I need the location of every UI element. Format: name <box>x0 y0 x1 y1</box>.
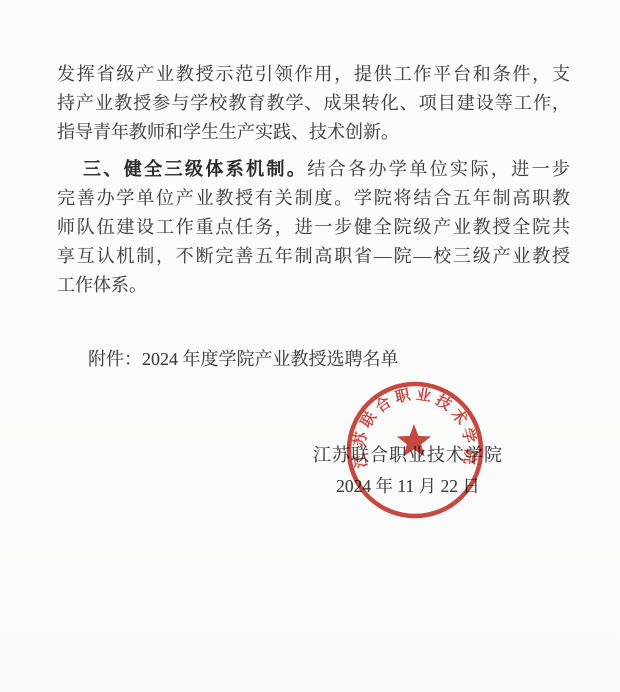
attachment-line: 附件：2024 年度学院产业教授选聘名单 <box>57 345 570 374</box>
svg-text:职: 职 <box>393 386 412 406</box>
body-line: 师队伍建设工作重点任务，进一步健全院级产业教授全院共 <box>57 213 570 242</box>
paragraph-section-three: 三、健全三级体系机制。结合各办学单位实际，进一步 完善办学单位产业教授有关制度。… <box>57 155 570 300</box>
scanned-document-page: 发挥省级产业教授示范引领作用，提供工作平台和条件，支 持产业教授参与学校教育教学… <box>0 0 620 692</box>
body-line: 享互认机制，不断完善五年制高职省—院—校三级产业教授 <box>57 242 570 271</box>
body-line: 持产业教授参与学校教育教学、成果转化、项目建设等工作， <box>57 89 570 118</box>
document-body: 发挥省级产业教授示范引领作用，提供工作平台和条件，支 持产业教授参与学校教育教学… <box>57 60 570 300</box>
body-line: 工作体系。 <box>57 271 570 300</box>
svg-text:业: 业 <box>415 386 432 405</box>
section-heading: 三、健全三级体系机制。 <box>83 159 307 179</box>
document-date: 2024 年 11 月 22 日 <box>296 472 520 500</box>
body-line: 完善办学单位产业教授有关制度。学院将结合五年制高职教 <box>57 184 570 213</box>
issuer-signature: 江苏联合职业技术学院 <box>296 441 520 469</box>
body-line: 指导青年教师和学生生产实践、技术创新。 <box>57 118 570 147</box>
svg-text:联: 联 <box>357 409 380 431</box>
body-line: 发挥省级产业教授示范引领作用，提供工作平台和条件，支 <box>57 60 570 89</box>
svg-text:合: 合 <box>372 393 395 416</box>
paragraph-continued: 发挥省级产业教授示范引领作用，提供工作平台和条件，支 持产业教授参与学校教育教学… <box>57 60 570 147</box>
svg-text:术: 术 <box>447 405 470 428</box>
body-line: 三、健全三级体系机制。结合各办学单位实际，进一步 <box>57 155 570 184</box>
section-heading-rest: 结合各办学单位实际，进一步 <box>307 159 570 179</box>
svg-text:技: 技 <box>432 391 454 414</box>
